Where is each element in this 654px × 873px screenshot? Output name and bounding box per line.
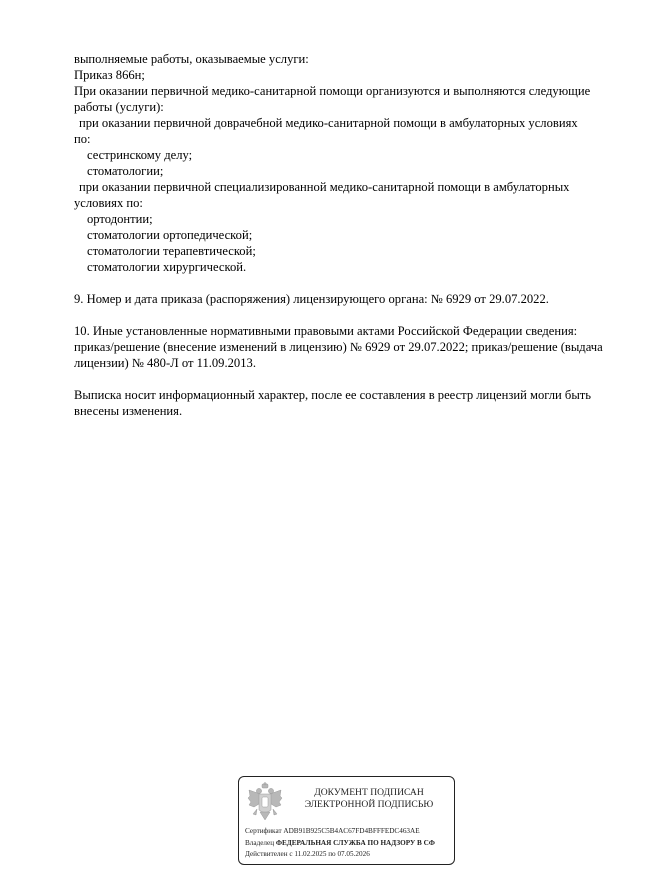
certificate-value: ADB91B925C5B4AC67FD4BFFFEDC463AE (283, 827, 419, 835)
certificate-row: Сертификат ADB91B925C5B4AC67FD4BFFFEDC46… (245, 826, 455, 838)
document-line: стоматологии хирургической. (74, 259, 634, 275)
blank-line (74, 307, 634, 323)
russian-coat-of-arms-icon (247, 782, 283, 822)
document-line: приказ/решение (внесение изменений в лиц… (74, 339, 634, 355)
stamp-info: Сертификат ADB91B925C5B4AC67FD4BFFFEDC46… (245, 826, 455, 861)
document-line: при оказании первичной специализированно… (74, 179, 634, 195)
certificate-label: Сертификат (245, 827, 282, 835)
electronic-signature-stamp: ДОКУМЕНТ ПОДПИСАН ЭЛЕКТРОННОЙ ПОДПИСЬЮ С… (238, 776, 455, 865)
document-line: при оказании первичной доврачебной медик… (74, 115, 634, 131)
document-line: 10. Иные установленные нормативными прав… (74, 323, 634, 339)
document-line: по: (74, 131, 634, 147)
stamp-title: ДОКУМЕНТ ПОДПИСАН ЭЛЕКТРОННОЙ ПОДПИСЬЮ (289, 787, 449, 811)
document-line: условиях по: (74, 195, 634, 211)
document-line: Приказ 866н; (74, 67, 634, 83)
document-line: При оказании первичной медико-санитарной… (74, 83, 634, 99)
document-line: стоматологии терапевтической; (74, 243, 634, 259)
document-line: ортодонтии; (74, 211, 634, 227)
owner-value: ФЕДЕРАЛЬНАЯ СЛУЖБА ПО НАДЗОРУ В СФ (276, 839, 435, 847)
owner-row: Владелец ФЕДЕРАЛЬНАЯ СЛУЖБА ПО НАДЗОРУ В… (245, 838, 455, 850)
document-line: стоматологии; (74, 163, 634, 179)
document-body: выполняемые работы, оказываемые услуги:П… (74, 51, 634, 419)
document-line: работы (услуги): (74, 99, 634, 115)
stamp-title-line2: ЭЛЕКТРОННОЙ ПОДПИСЬЮ (289, 799, 449, 811)
blank-line (74, 371, 634, 387)
document-line: выполняемые работы, оказываемые услуги: (74, 51, 634, 67)
validity-row: Действителен с 11.02.2025 по 07.05.2026 (245, 849, 455, 861)
document-line: 9. Номер и дата приказа (распоряжения) л… (74, 291, 634, 307)
blank-line (74, 275, 634, 291)
owner-label: Владелец (245, 839, 274, 847)
document-line: сестринскому делу; (74, 147, 634, 163)
document-line: стоматологии ортопедической; (74, 227, 634, 243)
document-line: внесены изменения. (74, 403, 634, 419)
stamp-title-line1: ДОКУМЕНТ ПОДПИСАН (289, 787, 449, 799)
document-line: лицензии) № 480-Л от 11.09.2013. (74, 355, 634, 371)
document-line: Выписка носит информационный характер, п… (74, 387, 634, 403)
